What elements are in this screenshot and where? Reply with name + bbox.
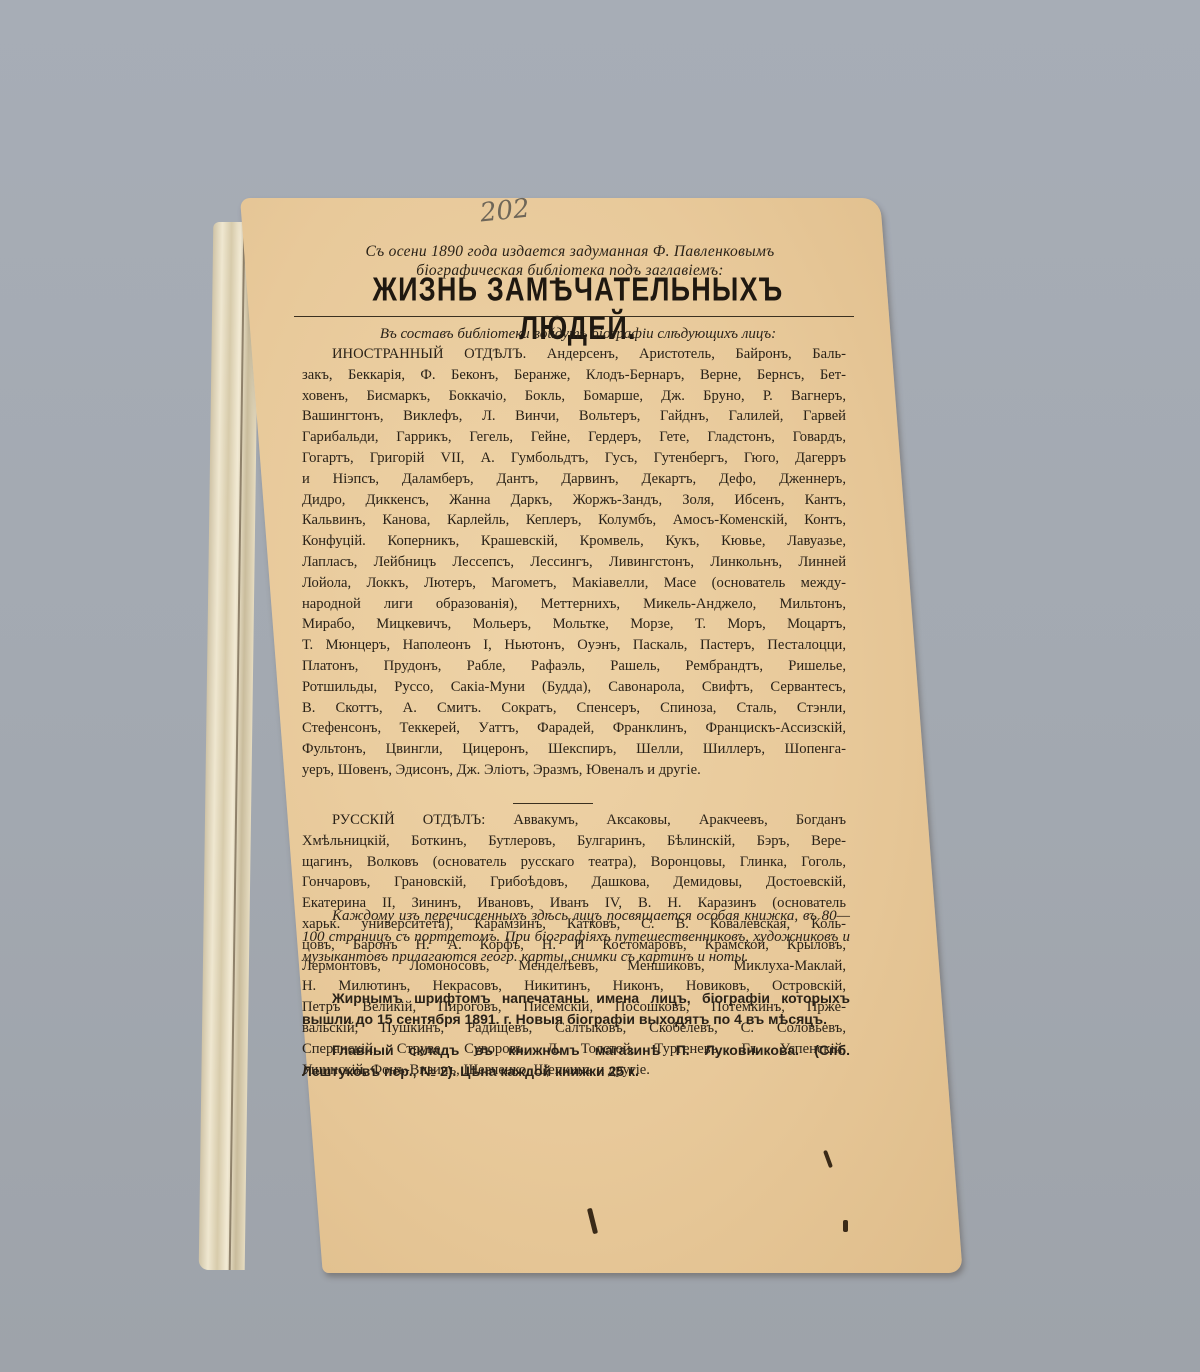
cover-text-block: Съ осени 1890 года издается задуманная Ф… [258, 200, 858, 1260]
text-line: Мирабо, Мицкевичъ, Мольеръ, Мольтке, Мор… [302, 614, 846, 635]
text-line: Т. Мюнцеръ, Наполеонъ I, Ньютонъ, Оуэнъ,… [302, 635, 846, 656]
info-paragraph: Каждому изъ перечисленныхъ здѣсь лицъ по… [302, 906, 850, 968]
text-line: В. Скоттъ, А. Смитъ. Сократъ, Спенсеръ, … [302, 698, 846, 719]
text-line: и Ніэпсъ, Даламберъ, Дантъ, Дарвинъ, Дек… [302, 469, 846, 490]
text-line: Кальвинъ, Канова, Карлейль, Кеплеръ, Кол… [302, 510, 846, 531]
store-note: Главный складъ въ книжномъ магазинѣ П. Л… [302, 1040, 850, 1081]
title-rule [294, 316, 854, 317]
subtitle: Въ составъ библіотеки войдутъ біографіи … [318, 324, 838, 345]
text-line: Вашингтонъ, Виклефъ, Л. Винчи, Вольтеръ,… [302, 406, 846, 427]
text-line: Платонъ, Прудонъ, Рабле, Рафаэль, Рашель… [302, 656, 846, 677]
text-line: закъ, Беккарія, Ф. Беконъ, Беранже, Клод… [302, 365, 846, 386]
text-line: уеръ, Шовенъ, Эдисонъ, Дж. Элiотъ, Эразм… [302, 760, 846, 781]
foreign-section: ИНОСТРАННЫЙ ОТДѢЛЪ. Андерсенъ, Аристотел… [302, 344, 846, 781]
text-line: щагинъ, Волковъ (основатель русскаго теа… [302, 852, 846, 873]
store-text: Главный складъ въ книжномъ магазинѣ П. Л… [302, 1040, 850, 1081]
text-line: Лапласъ, Лейбницъ Лессепсъ, Лессингъ, Ли… [302, 552, 846, 573]
text-line: народной лиги образованія), Меттернихъ, … [302, 594, 846, 615]
paper-tear [843, 1220, 848, 1232]
text-line: Стефенсонъ, Теккерей, Уаттъ, Фарадей, Фр… [302, 718, 846, 739]
text-line: РУССКІЙ ОТДѢЛЪ: Аввакумъ, Аксаковы, Арак… [302, 810, 846, 831]
section-divider [513, 803, 593, 804]
text-line: Фультонъ, Цвингли, Цицеронъ, Шекспиръ, Ш… [302, 739, 846, 760]
text-line: ИНОСТРАННЫЙ ОТДѢЛЪ. Андерсенъ, Аристотел… [302, 344, 846, 365]
text-line: ховенъ, Бисмаркъ, Боккачіо, Бокль, Бомар… [302, 386, 846, 407]
text-line: Ротшильды, Руссо, Сакіа-Муни (Будда), Са… [302, 677, 846, 698]
text-line: Гарибальди, Гаррикъ, Гегель, Гейне, Герд… [302, 427, 846, 448]
text-line: Дидро, Диккенсъ, Жанна Даркъ, Жоржъ-Занд… [302, 490, 846, 511]
book-spine-edge [199, 222, 260, 1270]
text-line: Гогартъ, Григорій VII, А. Гумбольдтъ, Гу… [302, 448, 846, 469]
text-line: Хмѣльницкій, Боткинъ, Бутлеровъ, Булгари… [302, 831, 846, 852]
text-line: Гончаровъ, Грановскій, Грибоѣдовъ, Дашко… [302, 872, 846, 893]
published-note: Жирнымъ шрифтомъ напечатаны имена лицъ, … [302, 988, 850, 1029]
text-line: Лойола, Локкъ, Лютеръ, Магометъ, Макіаве… [302, 573, 846, 594]
info-text: Каждому изъ перечисленныхъ здѣсь лицъ по… [302, 906, 850, 968]
published-text: Жирнымъ шрифтомъ напечатаны имена лицъ, … [302, 988, 850, 1029]
text-line: Конфуцій. Коперникъ, Крашевскій, Кромвел… [302, 531, 846, 552]
